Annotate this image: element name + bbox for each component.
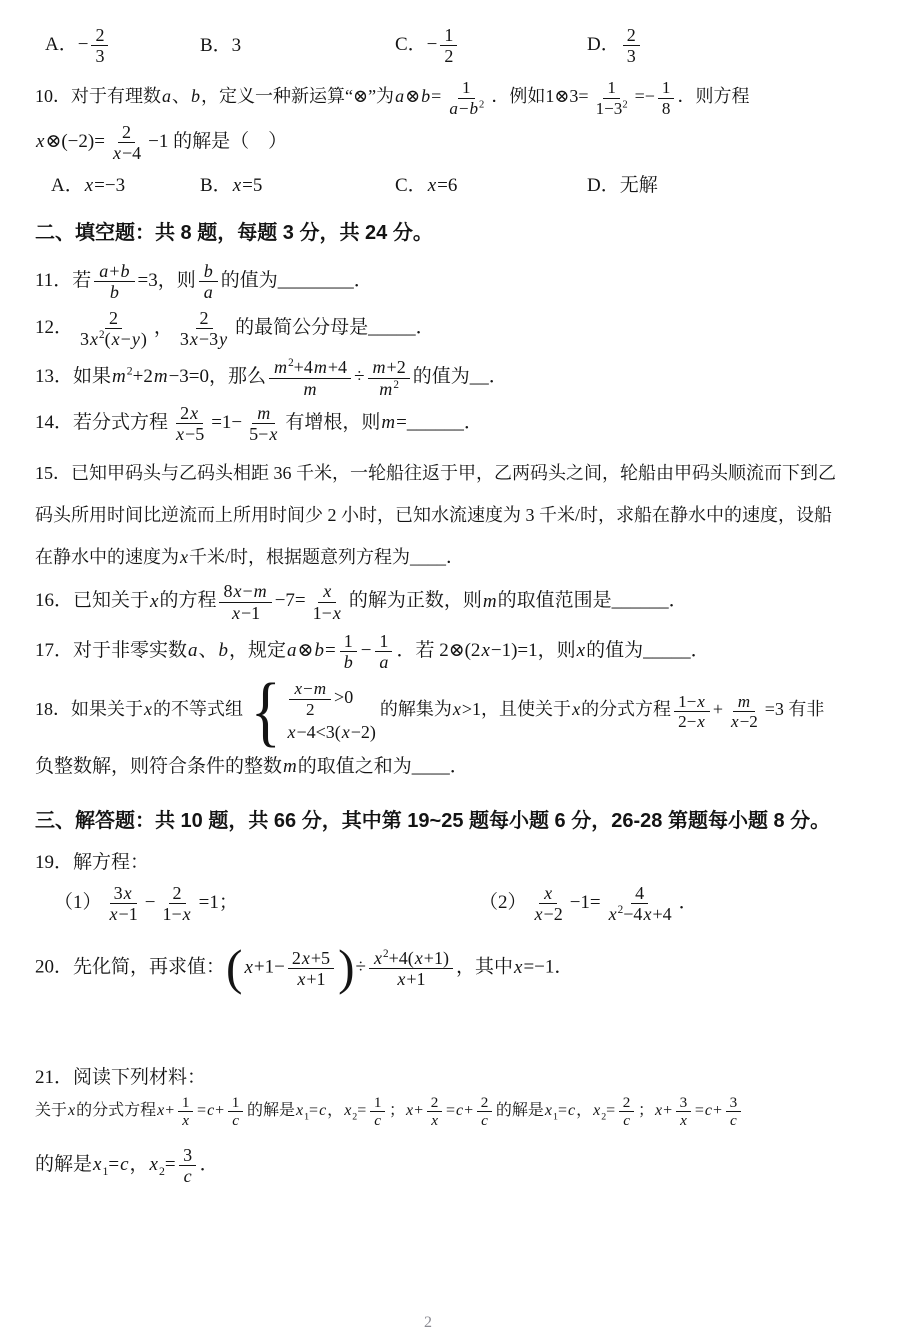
cases-row: x−m2>0 [286,679,353,718]
math-variable: m [273,357,288,377]
question-21-line-3: 的解是x1=c，x2=3c． [35,1145,879,1186]
math-text: 1 [232,1094,240,1111]
math-variable: a [286,640,298,661]
numerator: 1 [658,78,675,98]
numerator: 2x+5 [288,948,334,969]
fraction: 23x−3y [176,308,232,349]
math-text: 19．解方程： [35,852,149,873]
denominator: m [299,379,322,399]
math-text: 2 [306,700,315,719]
math-text: − [121,329,131,349]
math-text: −2 [740,712,758,731]
numerator: 3 [179,1145,196,1166]
math-variable: b [313,640,325,661]
math-text: 14．若分式方程 [35,412,168,433]
q9-option-a: A．−23 [35,25,200,66]
denominator: 2−x [674,712,710,731]
denominator: 3x2(x−y) [76,329,151,349]
math-text: −1 的解是（ ） [148,131,287,152]
question-16: 16．已知关于x的方程8x−mx−1−7=x1−x的解为正数，则m的取值范围是_… [35,581,879,622]
math-text: −1)=1，则 [491,640,576,661]
fraction: 1x [177,1094,194,1129]
fraction: m+2m2 [368,357,410,398]
math-text: D． [587,34,620,55]
math-variable: c [373,1112,382,1129]
math-variable: b [119,261,130,281]
numerator: 1 [228,1094,244,1112]
denominator: x+1 [292,969,329,989]
math-variable: c [622,1112,631,1129]
numerator: a+b [94,261,134,282]
math-text: + [414,1102,423,1119]
question-13: 13．如果m2+2m−3=0，那么m2+4m+4m÷m+2m2的值为__． [35,357,879,398]
math-variable: m [153,366,169,387]
math-text: （2） [479,892,527,913]
numerator: 4 [631,883,648,904]
fraction: 2c [476,1094,493,1129]
fraction: 11−32 [592,78,632,117]
fraction: 12 [440,25,457,66]
math-variable: m [372,357,387,377]
math-variable: b [469,99,480,118]
math-text: + [109,261,119,281]
denominator: c [476,1112,493,1129]
math-text: ，其中 [456,957,513,978]
denominator: 8 [658,99,675,118]
math-text: 的解是 [247,1102,295,1119]
math-text: 的解为正数，则 [349,591,482,612]
math-text: = [431,86,441,106]
math-text: + [464,1102,473,1119]
denominator: x2−4x+4 [604,904,676,924]
denominator: b [105,282,124,302]
denominator: 1−x [158,904,195,924]
math-text: 、 [172,86,190,106]
q10-option-b: B．x=5 [200,173,395,198]
question-10-line-1: 10．对于有理数a、b，定义一种新运算“⊗”为a⊗b=1a−b2．例如1⊗3=1… [35,78,879,117]
math-text: =______． [396,412,483,433]
math-variable: x [543,883,553,903]
fraction: 2x+5x+1 [288,948,334,989]
math-text: −3=0，那么 [169,366,266,387]
math-text: −3 [199,329,218,349]
math-text: ÷ [354,366,364,387]
math-text: −2) [351,722,376,742]
math-text: −7= [275,591,306,612]
math-variable: x [513,957,523,978]
math-text: 的取值范围是______． [498,591,688,612]
math-text: 的值为________． [221,270,373,291]
math-variable: m [313,357,328,377]
fraction: 3x [675,1094,692,1129]
math-variable: m [737,692,751,711]
math-variable: x [243,957,253,978]
math-text: 在静水中的速度为 [35,547,179,567]
math-text: ．例如1⊗3= [491,86,588,106]
numerator: x−m [289,679,331,699]
math-text: = [606,1102,615,1119]
math-text: 2 [623,1094,631,1111]
math-variable: x [149,591,159,612]
math-variable: c [183,1166,193,1186]
math-variable: a [98,261,109,281]
math-text: 3 [183,1145,192,1165]
math-variable: x [534,904,544,924]
denominator: x [675,1112,692,1129]
math-text: 2 [173,883,182,903]
math-text: +1 [406,969,425,989]
math-text: =− [635,86,655,106]
math-text: 的解是 [496,1102,544,1119]
math-text: 的值为__． [413,366,508,387]
math-text: +1− [254,957,285,978]
denominator: x+1 [392,969,429,989]
math-text: 1 [444,25,453,45]
math-text: 8 [662,99,671,118]
math-text: 2 [122,122,131,142]
math-text: 1 [379,631,388,651]
math-variable: b [109,282,120,302]
math-variable: x [592,1102,601,1119]
math-variable: x [544,1102,553,1119]
math-text: 2− [678,712,696,731]
math-text: 的值为_____． [586,640,710,661]
math-text: ，定义一种新运算“⊗”为 [201,86,394,106]
math-text: =5 [242,175,262,196]
math-text: +1 [306,969,325,989]
fraction: x1−x [309,581,346,622]
math-text: 3 [180,329,189,349]
superscript: 2 [393,379,399,391]
denominator: 3x−3y [176,329,232,349]
math-text: + [713,699,723,719]
math-variable: x [396,969,406,989]
q19-part-2: （2）xx−2−1=4x2−4x+4． [479,883,879,924]
math-text: +2 [387,357,406,377]
math-text: 16．已知关于 [35,591,149,612]
math-variable: x [189,403,199,423]
math-variable: x [175,424,185,444]
math-variable: m [111,366,127,387]
math-text: 1− [162,904,181,924]
numerator: 1−x [674,692,710,712]
math-text: −1 [241,603,260,623]
denominator: x−1 [227,603,264,623]
math-variable: c [318,1102,327,1119]
question-15-line-3: 在静水中的速度为x千米/时，根据题意列方程为____． [35,546,879,570]
math-text: 、 [199,640,218,661]
math-text: C． [395,175,427,196]
numerator: b [199,261,218,282]
math-text: 有增根，则 [285,412,380,433]
math-variable: x [373,948,383,968]
math-text: 1 [374,1094,382,1111]
cases-rows: x−m2>0x−4<3(x−2) [286,679,375,743]
question-10-line-2: x⊗(−2)=2x−4−1 的解是（ ） [35,122,879,163]
math-variable: x [232,581,242,601]
math-text: −4 [122,143,141,163]
math-variable: x [571,699,581,719]
numerator: 2 [118,122,135,143]
math-text: = [446,1102,455,1119]
math-variable: x [182,904,192,924]
math-variable: x [189,329,199,349]
math-variable: x [452,699,462,719]
math-text: − [361,640,372,661]
math-text: 的分式方程 [581,699,671,719]
denominator: 1−32 [592,99,632,118]
fraction: 1c [369,1094,386,1129]
fraction: 21−x [158,883,195,924]
math-text: >1，且使关于 [462,699,571,719]
math-variable: y [218,329,228,349]
math-variable: x [296,969,306,989]
math-text: 2 [627,25,636,45]
page-number: 2 [424,1314,432,1332]
fraction: 2c [618,1094,635,1129]
numerator: 2 [91,25,108,46]
denominator: a−b2 [444,99,488,118]
math-text: >0 [334,687,353,707]
math-text: 2 [180,403,189,423]
denominator: b [339,652,358,672]
left-paren: ( [226,940,242,995]
superscript: 2 [622,99,627,110]
math-text: 13．如果 [35,366,111,387]
math-text: 1 [607,78,616,97]
question-12: 12．23x2(x−y)，23x−3y的最简公分母是_____． [35,308,879,349]
math-text: +2 [133,366,153,387]
cases-group: {x−m2>0x−4<3(x−2) [247,676,376,746]
denominator: x [426,1112,443,1129]
math-variable: x [696,692,706,711]
math-text: −4 [623,904,642,924]
fraction: 4x2−4x+4 [604,883,676,924]
math-text: −4<3( [296,722,340,742]
numerator: m2+4m+4 [269,357,351,378]
math-variable: c [704,1102,713,1119]
fraction: mx−2 [726,692,762,731]
fraction: ba [199,261,218,302]
math-variable: m [282,756,298,777]
math-text: +4( [389,948,414,968]
math-variable: b [343,652,354,672]
question-10-options: A．x=−3 B．x=5 C．x=6 D．无解 [35,173,879,198]
math-text: 1 [662,78,671,97]
math-variable: c [231,1112,240,1129]
math-variable: x [109,904,119,924]
math-text: =−1． [523,957,573,978]
math-text: 2 [444,46,453,66]
numerator: 2 [196,308,213,329]
math-text: 1 [182,1094,190,1111]
math-text: C．− [395,34,437,55]
math-text: 2 [95,25,104,45]
section-3-title: 三、解答题：共 10 题，共 66 分，其中第 19~25 题每小题 6 分，2… [35,808,879,834]
math-variable: x [427,175,437,196]
math-variable: x [231,603,241,623]
math-variable: b [218,640,230,661]
math-variable: x [608,904,618,924]
math-variable: c [455,1102,464,1119]
math-text: 1 [344,631,353,651]
math-text: 3 [95,46,104,66]
fraction: 3c [725,1094,742,1129]
math-text: B．3 [200,35,241,56]
math-text: 1− [313,603,332,623]
math-variable: x [92,1154,102,1175]
math-text: ⊗ [298,640,314,661]
math-variable: m [313,679,327,698]
math-variable: m [256,403,271,423]
math-variable: x [642,904,652,924]
math-variable: c [480,1112,489,1129]
cases-row: x−4<3(x−2) [286,722,375,744]
math-variable: a [394,86,405,106]
math-text: 15．已知甲码头与乙码头相距 36 千米，一轮船往返于甲，乙两码头之间，轮船由甲… [35,463,836,483]
fraction: x−m2 [289,679,331,718]
question-18-line-1: 18．如果关于x的不等式组{x−m2>0x−4<3(x−2)的解集为x>1，且使… [35,676,879,746]
math-text: ； [638,1102,654,1119]
math-text: ，规定 [229,640,286,661]
math-text: 关于 [35,1102,67,1119]
math-text: 3 [80,329,89,349]
math-text: 的最简公分母是_____． [235,317,435,338]
math-variable: x [430,1112,439,1129]
math-text: 3 [730,1094,738,1111]
math-text: = [357,1102,366,1119]
math-text: 码头所用时间比逆流而上所用时间少 2 小时，已知水流速度为 3 千米/时，求船在… [35,505,832,525]
math-variable: x [35,131,45,152]
math-text: A．− [45,34,88,55]
denominator: x−4 [108,143,145,163]
fraction: 2x−4 [108,122,145,163]
math-variable: x [67,1102,76,1119]
math-variable: x [143,699,153,719]
right-paren: ) [338,940,354,995]
fraction: 3c [179,1145,197,1186]
cases-brace: { [251,676,281,746]
math-text: ⊗ [405,86,420,106]
denominator: 2 [440,46,457,66]
numerator: 2x [176,403,203,424]
denominator: x−2 [726,712,762,731]
question-19-label: 19．解方程： [35,850,879,875]
numerator: x [539,883,557,904]
denominator: x−1 [105,904,142,924]
fraction: 2xx−5 [171,403,208,444]
fraction: 23 [623,25,640,66]
numerator: 3 [676,1094,692,1112]
math-text: =6 [437,175,457,196]
math-variable: c [567,1102,576,1119]
math-text: =3 有非 [765,699,825,719]
math-text: 3 [114,883,123,903]
math-text: 2 [481,1094,489,1111]
math-text: 的方程 [159,591,216,612]
math-text: D．无解 [587,175,658,196]
math-text: 10．对于有理数 [35,86,161,106]
numerator: 2 [477,1094,493,1112]
math-text: 的取值之和为____． [298,756,469,777]
denominator: x−5 [171,424,208,444]
math-variable: x [295,1102,304,1119]
numerator: 2 [623,25,640,46]
math-variable: m [303,379,318,399]
question-19-parts: （1）3xx−1−21−x=1； （2）xx−2−1=4x2−4x+4． [35,883,879,924]
math-text: ．则方程 [677,86,749,106]
numerator: 1 [603,78,620,98]
math-variable: x [112,143,122,163]
fraction: 1a [374,631,393,672]
math-text: = [695,1102,704,1119]
math-text: −1 [119,904,138,924]
math-text: −1= [570,892,601,913]
math-text: + [663,1102,672,1119]
fraction: 23 [91,25,108,66]
math-text: − [303,679,313,698]
question-21-label: 21．阅读下列材料： [35,1065,879,1090]
math-variable: x [405,1102,414,1119]
math-text: 2 [292,948,301,968]
question-20: 20．先化简，再求值：(x+1−2x+5x+1)÷x2+4(x+1)x+1，其中… [35,946,879,990]
fraction: 1b [339,631,358,672]
math-variable: c [206,1102,215,1119]
denominator: a [374,652,393,672]
math-text: 18．如果关于 [35,699,143,719]
math-variable: b [420,86,431,106]
numerator: m+2 [368,357,410,378]
denominator: c [618,1112,635,1129]
denominator: x [177,1112,194,1129]
math-text: = [165,1154,176,1175]
math-variable: m [380,412,396,433]
math-variable: x [343,1102,352,1119]
math-text: ． [200,1154,219,1175]
denominator: 1−x [309,603,346,623]
math-variable: x [332,603,342,623]
math-variable: x [286,722,296,742]
math-text: 的解集为 [380,699,452,719]
question-9-options: A．−23 B．3 C．−12 D．23 [35,25,879,66]
math-variable: x [301,948,311,968]
math-variable: a [378,652,389,672]
fraction: x2+4(x+1)x+1 [369,948,453,989]
math-variable: x [696,712,706,731]
math-variable: a [187,640,199,661]
math-text: =1； [199,892,238,913]
fraction: 1−x2−x [674,692,710,731]
question-15-line-1: 15．已知甲码头与乙码头相距 36 千米，一轮船往返于甲，乙两码头之间，轮船由甲… [35,462,879,486]
question-21-line-2: 关于x的分式方程x+1x=c+1c的解是x1=c，x2=1c；x+2x=c+2c… [35,1094,879,1129]
math-variable: m [482,591,498,612]
math-text: 1− [678,692,696,711]
numerator: 1 [178,1094,194,1112]
math-text: ， [130,1154,149,1175]
math-text: 5− [249,424,268,444]
math-text: ) [141,329,147,349]
math-text: 负整数解，则符合条件的整数 [35,756,282,777]
math-variable: y [131,329,141,349]
fraction: 3xx−1 [105,883,142,924]
math-variable: x [179,547,189,567]
fraction: xx−2 [530,883,567,924]
fraction: 8x−mx−1 [219,581,271,622]
math-text: − [145,892,156,913]
math-text: ( [105,329,111,349]
math-text: ； [389,1102,405,1119]
numerator: 1 [440,25,457,46]
